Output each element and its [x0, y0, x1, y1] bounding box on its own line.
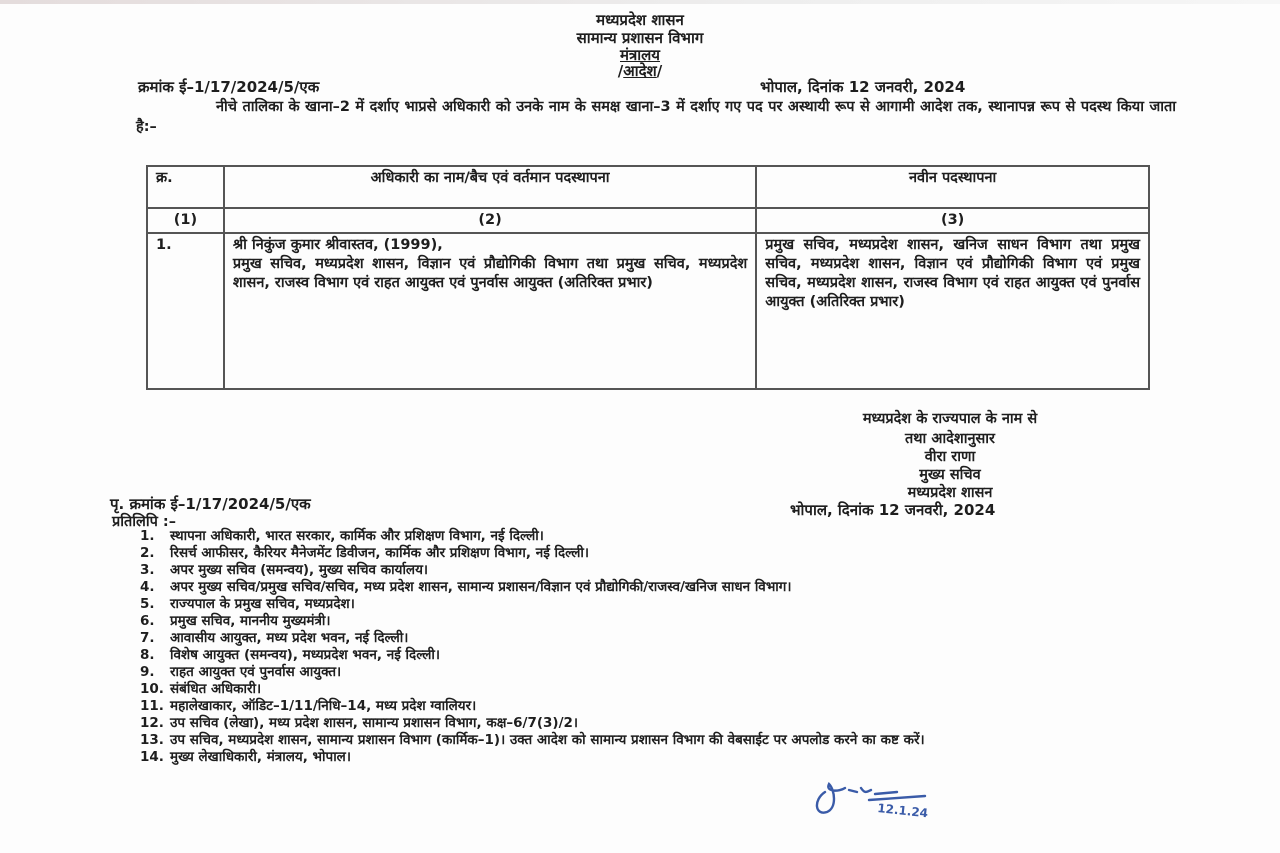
column-number-2: (2)	[224, 208, 756, 233]
header-sno: क्र.	[147, 166, 224, 208]
copy-recipient: महालेखाकार, ऑडिट–1/11/निधि–14, मध्य प्रद…	[170, 698, 1170, 715]
list-item: 8.विशेष आयुक्त (समन्वय), मध्यप्रदेश भवन,…	[140, 647, 1170, 664]
copy-recipient: संबंधित अधिकारी।	[170, 681, 1170, 698]
governor-authority-line: मध्यप्रदेश के राज्यपाल के नाम से	[740, 408, 1160, 428]
signature-icon: 12.1.24	[805, 770, 1005, 820]
list-item: 12.उप सचिव (लेखा), मध्य प्रदेश शासन, साम…	[140, 715, 1170, 732]
copy-recipient: अपर मुख्य सचिव/प्रमुख सचिव/सचिव, मध्य प्…	[170, 579, 1170, 596]
copy-recipient: मुख्य लेखाधिकारी, मंत्रालय, भोपाल।	[170, 749, 1170, 766]
copy-number: 10.	[140, 681, 170, 698]
signatory-designation: मुख्य सचिव	[740, 464, 1160, 484]
copy-number: 7.	[140, 630, 170, 647]
copy-number: 12.	[140, 715, 170, 732]
list-item: 3.अपर मुख्य सचिव (समन्वय), मुख्य सचिव का…	[140, 562, 1170, 579]
header-new-posting: नवीन पदस्थापना	[756, 166, 1149, 208]
copy-recipient: प्रमुख सचिव, माननीय मुख्यमंत्री।	[170, 613, 1170, 630]
list-item: 7.आवासीय आयुक्त, मध्य प्रदेश भवन, नई दिल…	[140, 630, 1170, 647]
row-officer-cell: श्री निकुंज कुमार श्रीवास्तव, (1999), प्…	[224, 233, 756, 389]
copy-number: 11.	[140, 698, 170, 715]
copy-number: 1.	[140, 528, 170, 545]
table-column-number-row: (1) (2) (3)	[147, 208, 1149, 233]
govt-heading: मध्यप्रदेश शासन	[0, 10, 1280, 30]
order-authority-line: तथा आदेशानुसार	[740, 428, 1160, 448]
current-posting: प्रमुख सचिव, मध्यप्रदेश शासन, विज्ञान एव…	[233, 256, 747, 291]
list-item: 5.राज्यपाल के प्रमुख सचिव, मध्यप्रदेश।	[140, 596, 1170, 613]
copy-number: 3.	[140, 562, 170, 579]
copy-number: 4.	[140, 579, 170, 596]
copy-recipient: आवासीय आयुक्त, मध्य प्रदेश भवन, नई दिल्ल…	[170, 630, 1170, 647]
copy-recipient: राहत आयुक्त एवं पुनर्वास आयुक्त।	[170, 664, 1170, 681]
order-title-text: आदेश	[623, 62, 657, 80]
handwritten-signature: 12.1.24	[805, 770, 1005, 820]
list-item: 2.रिसर्च आफीसर, कैरियर मैनेजमेंट डिवीजन,…	[140, 545, 1170, 562]
column-number-1: (1)	[147, 208, 224, 233]
reference-number: क्रमांक ई–1/17/2024/5/एक	[138, 77, 319, 97]
copy-number: 2.	[140, 545, 170, 562]
list-item: 14.मुख्य लेखाधिकारी, मंत्रालय, भोपाल।	[140, 749, 1170, 766]
place-date: भोपाल, दिनांक 12 जनवरी, 2024	[760, 77, 965, 97]
copy-number: 13.	[140, 732, 170, 749]
list-item: 6.प्रमुख सचिव, माननीय मुख्यमंत्री।	[140, 613, 1170, 630]
list-item: 13.उप सचिव, मध्यप्रदेश शासन, सामान्य प्र…	[140, 732, 1170, 749]
copy-number: 8.	[140, 647, 170, 664]
copy-recipient: उप सचिव (लेखा), मध्य प्रदेश शासन, सामान्…	[170, 715, 1170, 732]
list-item: 10.संबंधित अधिकारी।	[140, 681, 1170, 698]
posting-table: क्र. अधिकारी का नाम/बैच एवं वर्तमान पदस्…	[146, 165, 1150, 390]
copy-recipient: राज्यपाल के प्रमुख सचिव, मध्यप्रदेश।	[170, 596, 1170, 613]
header-officer: अधिकारी का नाम/बैच एवं वर्तमान पदस्थापना	[224, 166, 756, 208]
copy-number: 6.	[140, 613, 170, 630]
copy-recipient: विशेष आयुक्त (समन्वय), मध्यप्रदेश भवन, न…	[170, 647, 1170, 664]
copy-recipient: स्थापना अधिकारी, भारत सरकार, कार्मिक और …	[170, 528, 1170, 545]
table-row: 1. श्री निकुंज कुमार श्रीवास्तव, (1999),…	[147, 233, 1149, 389]
order-intro-paragraph: नीचे तालिका के खाना–2 में दर्शाए भाप्रसे…	[136, 97, 1176, 137]
list-item: 11.महालेखाकार, ऑडिट–1/11/निधि–14, मध्य प…	[140, 698, 1170, 715]
row-sno: 1.	[147, 233, 224, 389]
copy-recipients-list: 1.स्थापना अधिकारी, भारत सरकार, कार्मिक औ…	[140, 528, 1170, 766]
table-header-row: क्र. अधिकारी का नाम/बैच एवं वर्तमान पदस्…	[147, 166, 1149, 208]
new-posting: प्रमुख सचिव, मध्यप्रदेश शासन, खनिज साधन …	[756, 233, 1149, 389]
copy-number: 9.	[140, 664, 170, 681]
copy-recipient: रिसर्च आफीसर, कैरियर मैनेजमेंट डिवीजन, क…	[170, 545, 1170, 562]
signature-date: 12.1.24	[877, 801, 929, 820]
copy-recipient: उप सचिव, मध्यप्रदेश शासन, सामान्य प्रशास…	[170, 732, 1170, 749]
list-item: 4.अपर मुख्य सचिव/प्रमुख सचिव/सचिव, मध्य …	[140, 579, 1170, 596]
order-document: मध्यप्रदेश शासन सामान्य प्रशासन विभाग मं…	[0, 0, 1280, 853]
column-number-3: (3)	[756, 208, 1149, 233]
list-item: 9.राहत आयुक्त एवं पुनर्वास आयुक्त।	[140, 664, 1170, 681]
list-item: 1.स्थापना अधिकारी, भारत सरकार, कार्मिक औ…	[140, 528, 1170, 545]
copy-number: 14.	[140, 749, 170, 766]
signatory-office: मध्यप्रदेश शासन	[740, 482, 1160, 502]
endorsement-place-date: भोपाल, दिनांक 12 जनवरी, 2024	[790, 500, 995, 520]
copy-number: 5.	[140, 596, 170, 613]
officer-name: श्री निकुंज कुमार श्रीवास्तव, (1999),	[233, 236, 747, 255]
signatory-name: वीरा राणा	[740, 446, 1160, 466]
copy-recipient: अपर मुख्य सचिव (समन्वय), मुख्य सचिव कार्…	[170, 562, 1170, 579]
